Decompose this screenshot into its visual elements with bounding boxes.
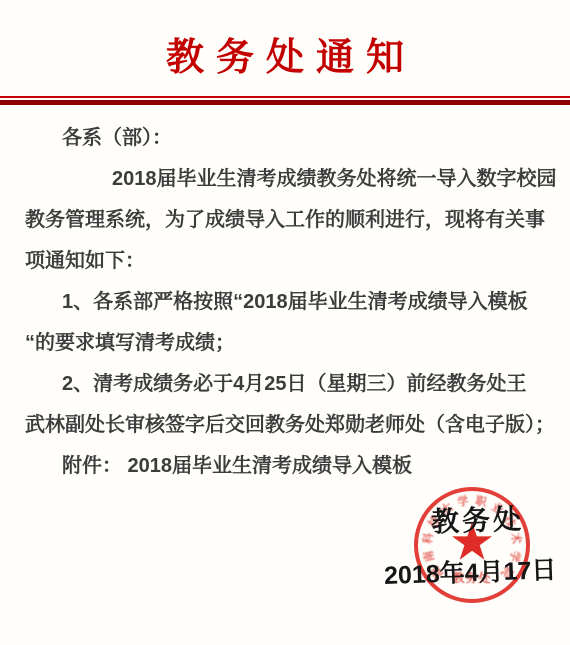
header-divider (0, 96, 570, 105)
item-1-line-1: 1、各系部严格按照“2018届毕业生清考成绩导入模板 (62, 291, 555, 313)
divider-thick-line (0, 100, 570, 105)
item-2-line-1: 2、清考成绩务必于4月25日（星期三）前经教务处王 (62, 373, 555, 395)
intro-paragraph-line-1: 2018届毕业生清考成绩教务处将统一导入数字校园 (112, 168, 555, 190)
item-2-line-2: 武林副处长审核签字后交回教务处郑勋老师处（含电子版）； (25, 414, 555, 436)
notice-document: 教务处通知 各系（部）： 2018届毕业生清考成绩教务处将统一导入数字校园 教务… (0, 0, 570, 645)
page-title: 教务处通知 (0, 26, 570, 81)
item-1-line-2: “的要求填写清考成绩； (25, 332, 555, 354)
intro-paragraph-line-3: 项通知如下： (25, 250, 555, 272)
attachment-line: 附件： 2018届毕业生清考成绩导入模板 (62, 455, 555, 477)
divider-thin-line (0, 96, 570, 98)
signature-date: 2018年4月17日 (383, 550, 556, 592)
notice-body: 各系（部）： 2018届毕业生清考成绩教务处将统一导入数字校园 教务管理系统，为… (25, 127, 555, 496)
salutation: 各系（部）： (62, 127, 555, 149)
signature-department: 教务处 (430, 497, 524, 540)
intro-paragraph-line-2: 教务管理系统，为了成绩导入工作的顺利进行，现将有关事 (25, 209, 555, 231)
